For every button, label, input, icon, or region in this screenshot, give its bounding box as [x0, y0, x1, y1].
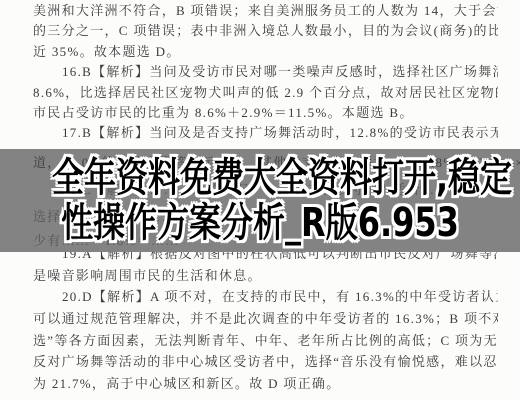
doc-line: 20.D【解析】A 项不对，在支持的市民中，有 16.3%的中年受访者认为广场舞… [33, 286, 498, 308]
doc-line: 8.6%，比选择居民社区宠物犬叫声的低 2.9 个百分点，故对居民社区宠物的叫声… [33, 83, 498, 103]
watermark-title-line2: 性操作方案分析_R版6.953 [52, 201, 468, 245]
doc-line: 市民占受访市民的比重为 8.6%＋2.9%＝11.5%。本题选 B。 [33, 103, 498, 123]
watermark-title-line1: 全年资料免费大全资料打开,稳定 [52, 156, 468, 200]
doc-line: 近 35%。故本题选 D。 [33, 42, 498, 62]
doc-line: 反对广场舞等活动的非中心城区受访者中，选择“音乐没有愉悦感，难以忍受”的比例 [33, 351, 498, 373]
doc-line: 美洲和大洋洲不符合，B 项错误；来自美洲服务员工的人数为 14，大于会议(商务)… [33, 1, 498, 21]
scanned-document-page: 美洲和大洋洲不符合，B 项错误；来自美洲服务员工的人数为 14，大于会议(商务)… [0, 0, 520, 400]
doc-line: 的三分之一，C 项错误；表中非洲入境总人数最小，目的为会议(商务)的比重最大，接 [33, 21, 498, 41]
doc-line: 17.B【解析】当问及是否支持广场舞活动时，12.8%的受访市民表示无所谓或者不… [33, 123, 498, 143]
doc-text-lower: 19.A【解析】根据反对图中的柱状高低可以判断出市民反对广场舞等活动的主要原因 … [33, 243, 498, 395]
doc-line: 16.B【解析】当问及受访市民对哪一类噪声反感时，选择社区广场舞活动噪音的占 [33, 62, 498, 82]
watermark-overlay: 道，12.0%的受访者回答表示反对，其他为支持者，即为(1－12.8%－12.0… [0, 149, 520, 252]
doc-line: 为 21.7%，高于中心城区和新区。故 D 项正确。 [33, 373, 498, 395]
doc-text-upper: 美洲和大洋洲不符合，B 项错误；来自美洲服务员工的人数为 14，大于会议(商务)… [33, 1, 498, 144]
doc-line: 是噪音影响周围市民的生活和休息。 [33, 265, 498, 287]
doc-line: 选”等各方面因素，无法判断青年、中年、老年所占比例的高低；C 项为无关选项。在 [33, 330, 498, 352]
doc-line: 可以通过规范管理解决，并不是此次调查的中年受访者的 16.3%；B 项不对，涉及… [33, 308, 498, 330]
